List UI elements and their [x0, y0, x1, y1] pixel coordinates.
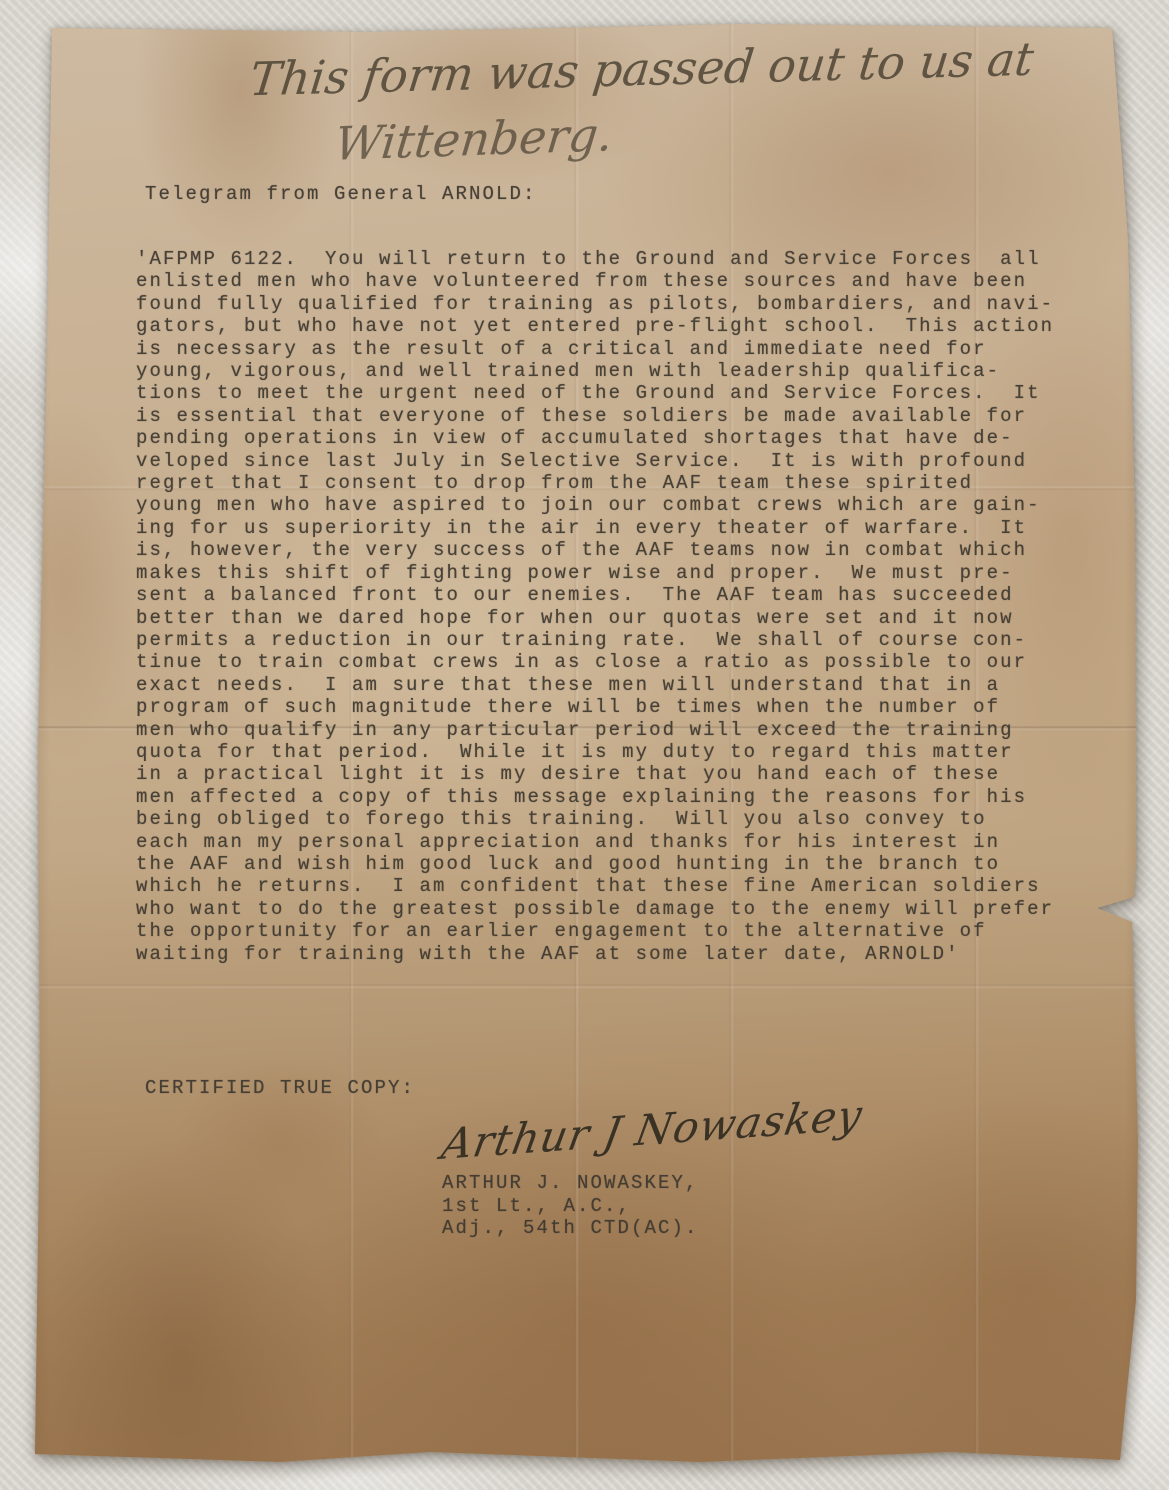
body-line: tinue to train combat crews in as close …: [136, 651, 1054, 673]
letter-paper-shadow: This form was passed out to us at Witten…: [30, 20, 1145, 1468]
body-line: young men who have aspired to join our c…: [136, 494, 1054, 516]
body-line: pending operations in view of accumulate…: [136, 427, 1054, 449]
body-line: being obliged to forego this training. W…: [136, 808, 1054, 830]
body-line: veloped since last July in Selective Ser…: [136, 450, 1054, 472]
body-line: exact needs. I am sure that these men wi…: [136, 674, 1054, 696]
signature-script: Arthur J Nowaskey: [438, 1090, 866, 1169]
handwritten-annotation-line-2: Wittenberg.: [332, 107, 615, 171]
body-line: tions to meet the urgent need of the Gro…: [136, 382, 1054, 404]
body-line: men who qualify in any particular period…: [136, 719, 1054, 741]
body-line: 'AFPMP 6122. You will return to the Grou…: [136, 248, 1054, 270]
body-line: ing for us superiority in the air in eve…: [136, 517, 1054, 539]
body-line: program of such magnitude there will be …: [136, 696, 1054, 718]
body-line: permits a reduction in our training rate…: [136, 629, 1054, 651]
body-line: regret that I consent to drop from the A…: [136, 472, 1054, 494]
body-line: waiting for training with the AAF at som…: [136, 943, 1054, 965]
body-line: is necessary as the result of a critical…: [136, 338, 1054, 360]
letter-body: 'AFPMP 6122. You will return to the Grou…: [136, 248, 1054, 965]
body-line: young, vigorous, and well trained men wi…: [136, 360, 1054, 382]
signature-block-line: ARTHUR J. NOWASKEY,: [442, 1172, 699, 1195]
body-line: each man my personal appreciation and th…: [136, 831, 1054, 853]
letter-heading: Telegram from General ARNOLD:: [145, 183, 537, 205]
body-line: men affected a copy of this message expl…: [136, 786, 1054, 808]
body-line: which he returns. I am confident that th…: [136, 875, 1054, 897]
body-line: makes this shift of fighting power wise …: [136, 562, 1054, 584]
body-line: who want to do the greatest possible dam…: [136, 898, 1054, 920]
body-line: better than we dared hope for when our q…: [136, 607, 1054, 629]
body-line: found fully qualified for training as pi…: [136, 293, 1054, 315]
body-line: is, however, the very success of the AAF…: [136, 539, 1054, 561]
signature-block-line: Adj., 54th CTD(AC).: [442, 1217, 699, 1240]
body-line: sent a balanced front to our enemies. Th…: [136, 584, 1054, 606]
body-line: the AAF and wish him good luck and good …: [136, 853, 1054, 875]
body-line: in a practical light it is my desire tha…: [136, 763, 1054, 785]
letter-paper: This form was passed out to us at Witten…: [30, 20, 1145, 1468]
photo-background: This form was passed out to us at Witten…: [0, 0, 1169, 1490]
body-line: is essential that everyone of these sold…: [136, 405, 1054, 427]
body-line: quota for that period. While it is my du…: [136, 741, 1054, 763]
certification-line: CERTIFIED TRUE COPY:: [145, 1077, 415, 1099]
body-line: the opportunity for an earlier engagemen…: [136, 920, 1054, 942]
body-line: gators, but who have not yet entered pre…: [136, 315, 1054, 337]
handwritten-annotation-line-1: This form was passed out to us at: [247, 32, 1037, 107]
signature-typed-block: ARTHUR J. NOWASKEY,1st Lt., A.C.,Adj., 5…: [442, 1172, 699, 1240]
signature-block-line: 1st Lt., A.C.,: [442, 1195, 699, 1218]
body-line: enlisted men who have volunteered from t…: [136, 270, 1054, 292]
